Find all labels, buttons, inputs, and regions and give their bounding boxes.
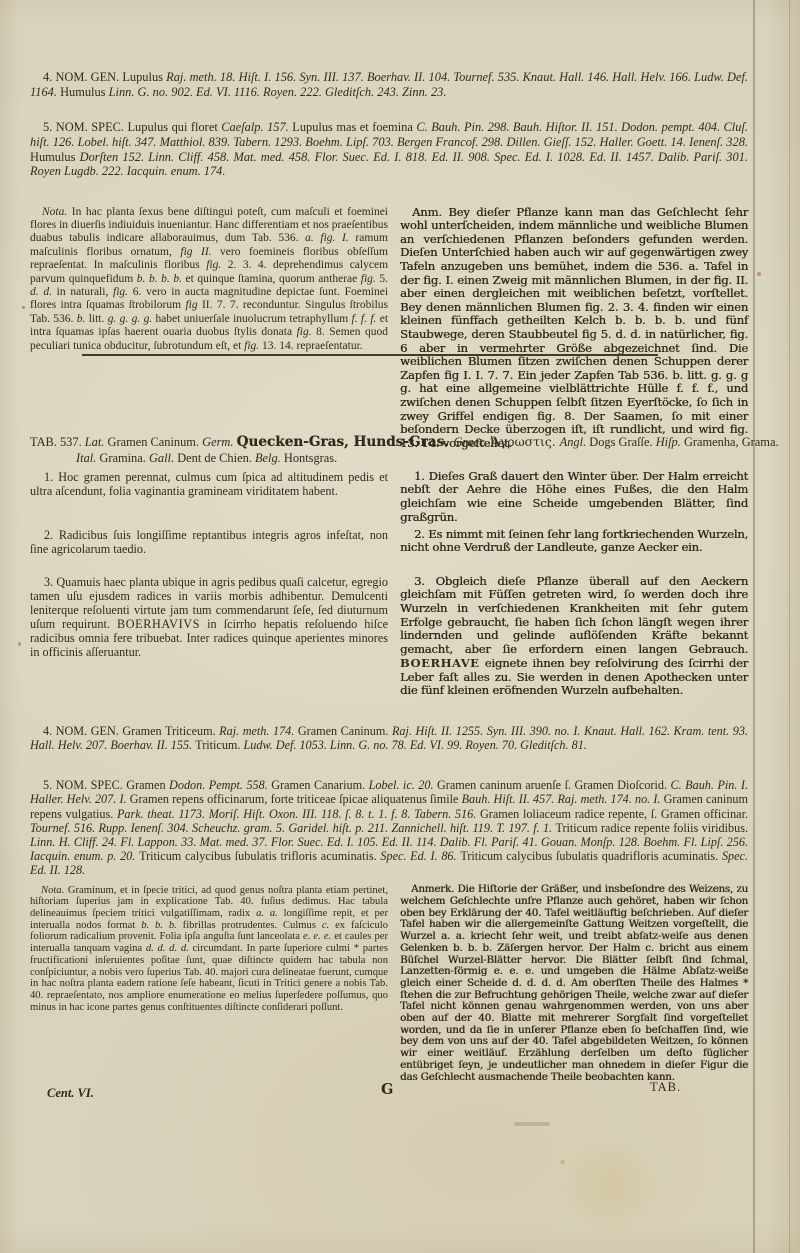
paper-smudge [514, 1122, 550, 1126]
paper-speck [22, 306, 25, 309]
gramen-item-3-latin: 3. Quamuis haec planta ubique in agris p… [30, 575, 388, 697]
paper-speck [757, 272, 761, 276]
entry-nom-gen-lupulus: 4. NOM. GEN. Lupulus Raj. meth. 18. Hiſt… [30, 70, 748, 99]
anm-lupulus-german: Anm. Bey dieſer Pflanze kann man das Geſ… [400, 206, 748, 451]
book-page: 4. NOM. GEN. Lupulus Raj. meth. 18. Hiſt… [0, 0, 800, 1253]
nota-lupulus-latin: Nota. In hac planta ſexus bene diſtingui… [30, 206, 388, 451]
lupulus-note-row: Nota. In hac planta ſexus bene diſtingui… [30, 194, 748, 462]
paper-speck [18, 642, 21, 646]
page-fold-line [753, 0, 755, 1253]
entry-nom-spec-lupulus: 5. NOM. SPEC. Lupulus qui floret Caeſalp… [30, 120, 748, 178]
gramen-item-2-german: 2. Es nimmt mit ſeinen ſehr lang fortkri… [400, 528, 748, 557]
catchword: TAB. [650, 1080, 681, 1095]
nota-gramen-latin: Nota. Graminum, et in ſpecie tritici, ad… [30, 885, 388, 1083]
entry-nom-spec-gramen: 5. NOM. SPEC. Gramen Dodon. Pempt. 558. … [30, 778, 748, 877]
section-divider-rule [82, 354, 658, 356]
gramen-item-2-latin: 2. Radicibus ſuis longiſſime reptantibus… [30, 528, 388, 556]
gramen-note-row: Nota. Graminum, et in ſpecie tritici, ad… [30, 874, 748, 1094]
gramen-item-3: 3. Quamuis haec planta ubique in agris p… [30, 563, 748, 710]
signature-mark: G [381, 1081, 393, 1098]
paper-stain [560, 1160, 565, 1164]
gramen-item-2: 2. Radicibus ſuis longiſſime reptantibus… [30, 516, 748, 568]
volume-label: Cent. VI. [47, 1086, 94, 1101]
entry-nom-gen-gramen: 4. NOM. GEN. Gramen Triticeum. Raj. meth… [30, 724, 748, 752]
gramen-item-3-german: 3. Obgleich dieſe Pflanze überall auf de… [400, 575, 748, 698]
page-edge-line [789, 0, 790, 1253]
anmerk-gramen-german: Anmerk. Die Hiſtorie der Gräßer, und ins… [400, 884, 748, 1083]
